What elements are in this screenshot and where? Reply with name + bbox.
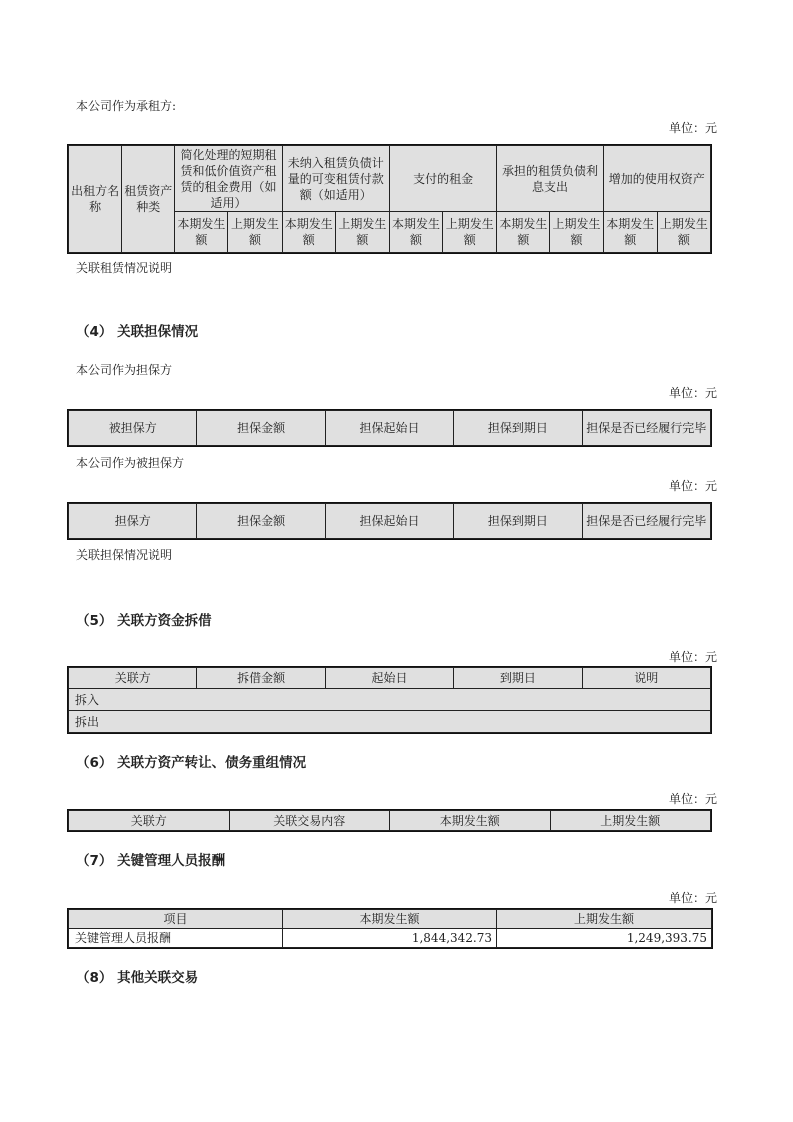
row-current-amount: 1,844,342.73 (283, 929, 497, 948)
header-asset-type: 租赁资产种类 (122, 146, 175, 253)
compensation-table: 项目 本期发生额 上期发生额 关键管理人员报酬 1,844,342.73 1,2… (68, 909, 712, 948)
lease-note: 关联租赁情况说明 (76, 261, 172, 275)
header-related-party: 关联方 (69, 811, 230, 831)
header-item: 项目 (69, 910, 283, 929)
header-current: 本期发生额 (603, 212, 657, 253)
header-variable-payments: 未纳入租赁负债计量的可变租赁付款额（如适用） (282, 146, 389, 212)
guaranteed-intro: 本公司作为被担保方 (76, 456, 184, 470)
section-6-title: （6） 关联方资产转让、债务重组情况 (76, 755, 306, 771)
section-4-title: （4） 关联担保情况 (76, 324, 198, 340)
section-7-title: （7） 关键管理人员报酬 (76, 853, 225, 869)
header-related-party: 关联方 (69, 668, 197, 689)
guarantor-table: 被担保方 担保金额 担保起始日 担保到期日 担保是否已经履行完毕 (68, 410, 711, 446)
header-start-date: 担保起始日 (325, 411, 453, 446)
header-lease-interest: 承担的租赁负债利息支出 (497, 146, 603, 212)
header-lessor-name: 出租方名称 (69, 146, 122, 253)
header-rou-asset: 增加的使用权资产 (603, 146, 710, 212)
header-fulfilled: 担保是否已经履行完毕 (582, 504, 710, 539)
header-current: 本期发生额 (497, 212, 550, 253)
header-end-date: 到期日 (454, 668, 582, 689)
header-loan-amount: 拆借金额 (197, 668, 325, 689)
header-prior: 上期发生额 (443, 212, 497, 253)
guarantee-note: 关联担保情况说明 (76, 548, 172, 562)
header-prior: 上期发生额 (550, 811, 711, 831)
lessee-intro: 本公司作为承租方: (76, 99, 176, 113)
header-current: 本期发生额 (389, 212, 442, 253)
section-5-title: （5） 关联方资金拆借 (76, 613, 212, 629)
header-prior: 上期发生额 (657, 212, 710, 253)
header-short-term-rent: 简化处理的短期租赁和低价值资产租赁的租金费用（如适用） (175, 146, 282, 212)
funding-table: 关联方 拆借金额 起始日 到期日 说明 拆入 拆出 (68, 667, 711, 733)
header-current: 本期发生额 (282, 212, 335, 253)
unit-label: 单位：元 (669, 386, 717, 400)
unit-label: 单位：元 (669, 479, 717, 493)
header-end-date: 担保到期日 (454, 411, 582, 446)
header-guaranteed-party: 被担保方 (69, 411, 197, 446)
row-prior-amount: 1,249,393.75 (497, 929, 712, 948)
row-lent-out: 拆出 (69, 711, 711, 733)
header-prior: 上期发生额 (497, 910, 712, 929)
header-transaction-content: 关联交易内容 (229, 811, 390, 831)
unit-label: 单位：元 (669, 891, 717, 905)
header-prior: 上期发生额 (550, 212, 603, 253)
header-fulfilled: 担保是否已经履行完毕 (582, 411, 710, 446)
header-current: 本期发生额 (175, 212, 228, 253)
header-description: 说明 (582, 668, 710, 689)
unit-label: 单位：元 (669, 121, 717, 135)
asset-transfer-table: 关联方 关联交易内容 本期发生额 上期发生额 (68, 810, 711, 831)
unit-label: 单位：元 (669, 792, 717, 806)
header-current: 本期发生额 (390, 811, 551, 831)
header-start-date: 起始日 (325, 668, 453, 689)
guaranteed-table: 担保方 担保金额 担保起始日 担保到期日 担保是否已经履行完毕 (68, 503, 711, 539)
row-borrowed-in: 拆入 (69, 689, 711, 711)
lessee-table: 出租方名称 租赁资产种类 简化处理的短期租赁和低价值资产租赁的租金费用（如适用）… (68, 145, 711, 253)
guarantor-intro: 本公司作为担保方 (76, 363, 172, 377)
header-prior: 上期发生额 (228, 212, 282, 253)
header-guarantee-amount: 担保金额 (197, 504, 325, 539)
header-paid-rent: 支付的租金 (389, 146, 496, 212)
header-guarantor: 担保方 (69, 504, 197, 539)
row-item: 关键管理人员报酬 (69, 929, 283, 948)
header-end-date: 担保到期日 (454, 504, 582, 539)
header-guarantee-amount: 担保金额 (197, 411, 325, 446)
unit-label: 单位：元 (669, 650, 717, 664)
header-prior: 上期发生额 (335, 212, 389, 253)
header-current: 本期发生额 (283, 910, 497, 929)
section-8-title: （8） 其他关联交易 (76, 970, 198, 986)
header-start-date: 担保起始日 (325, 504, 453, 539)
